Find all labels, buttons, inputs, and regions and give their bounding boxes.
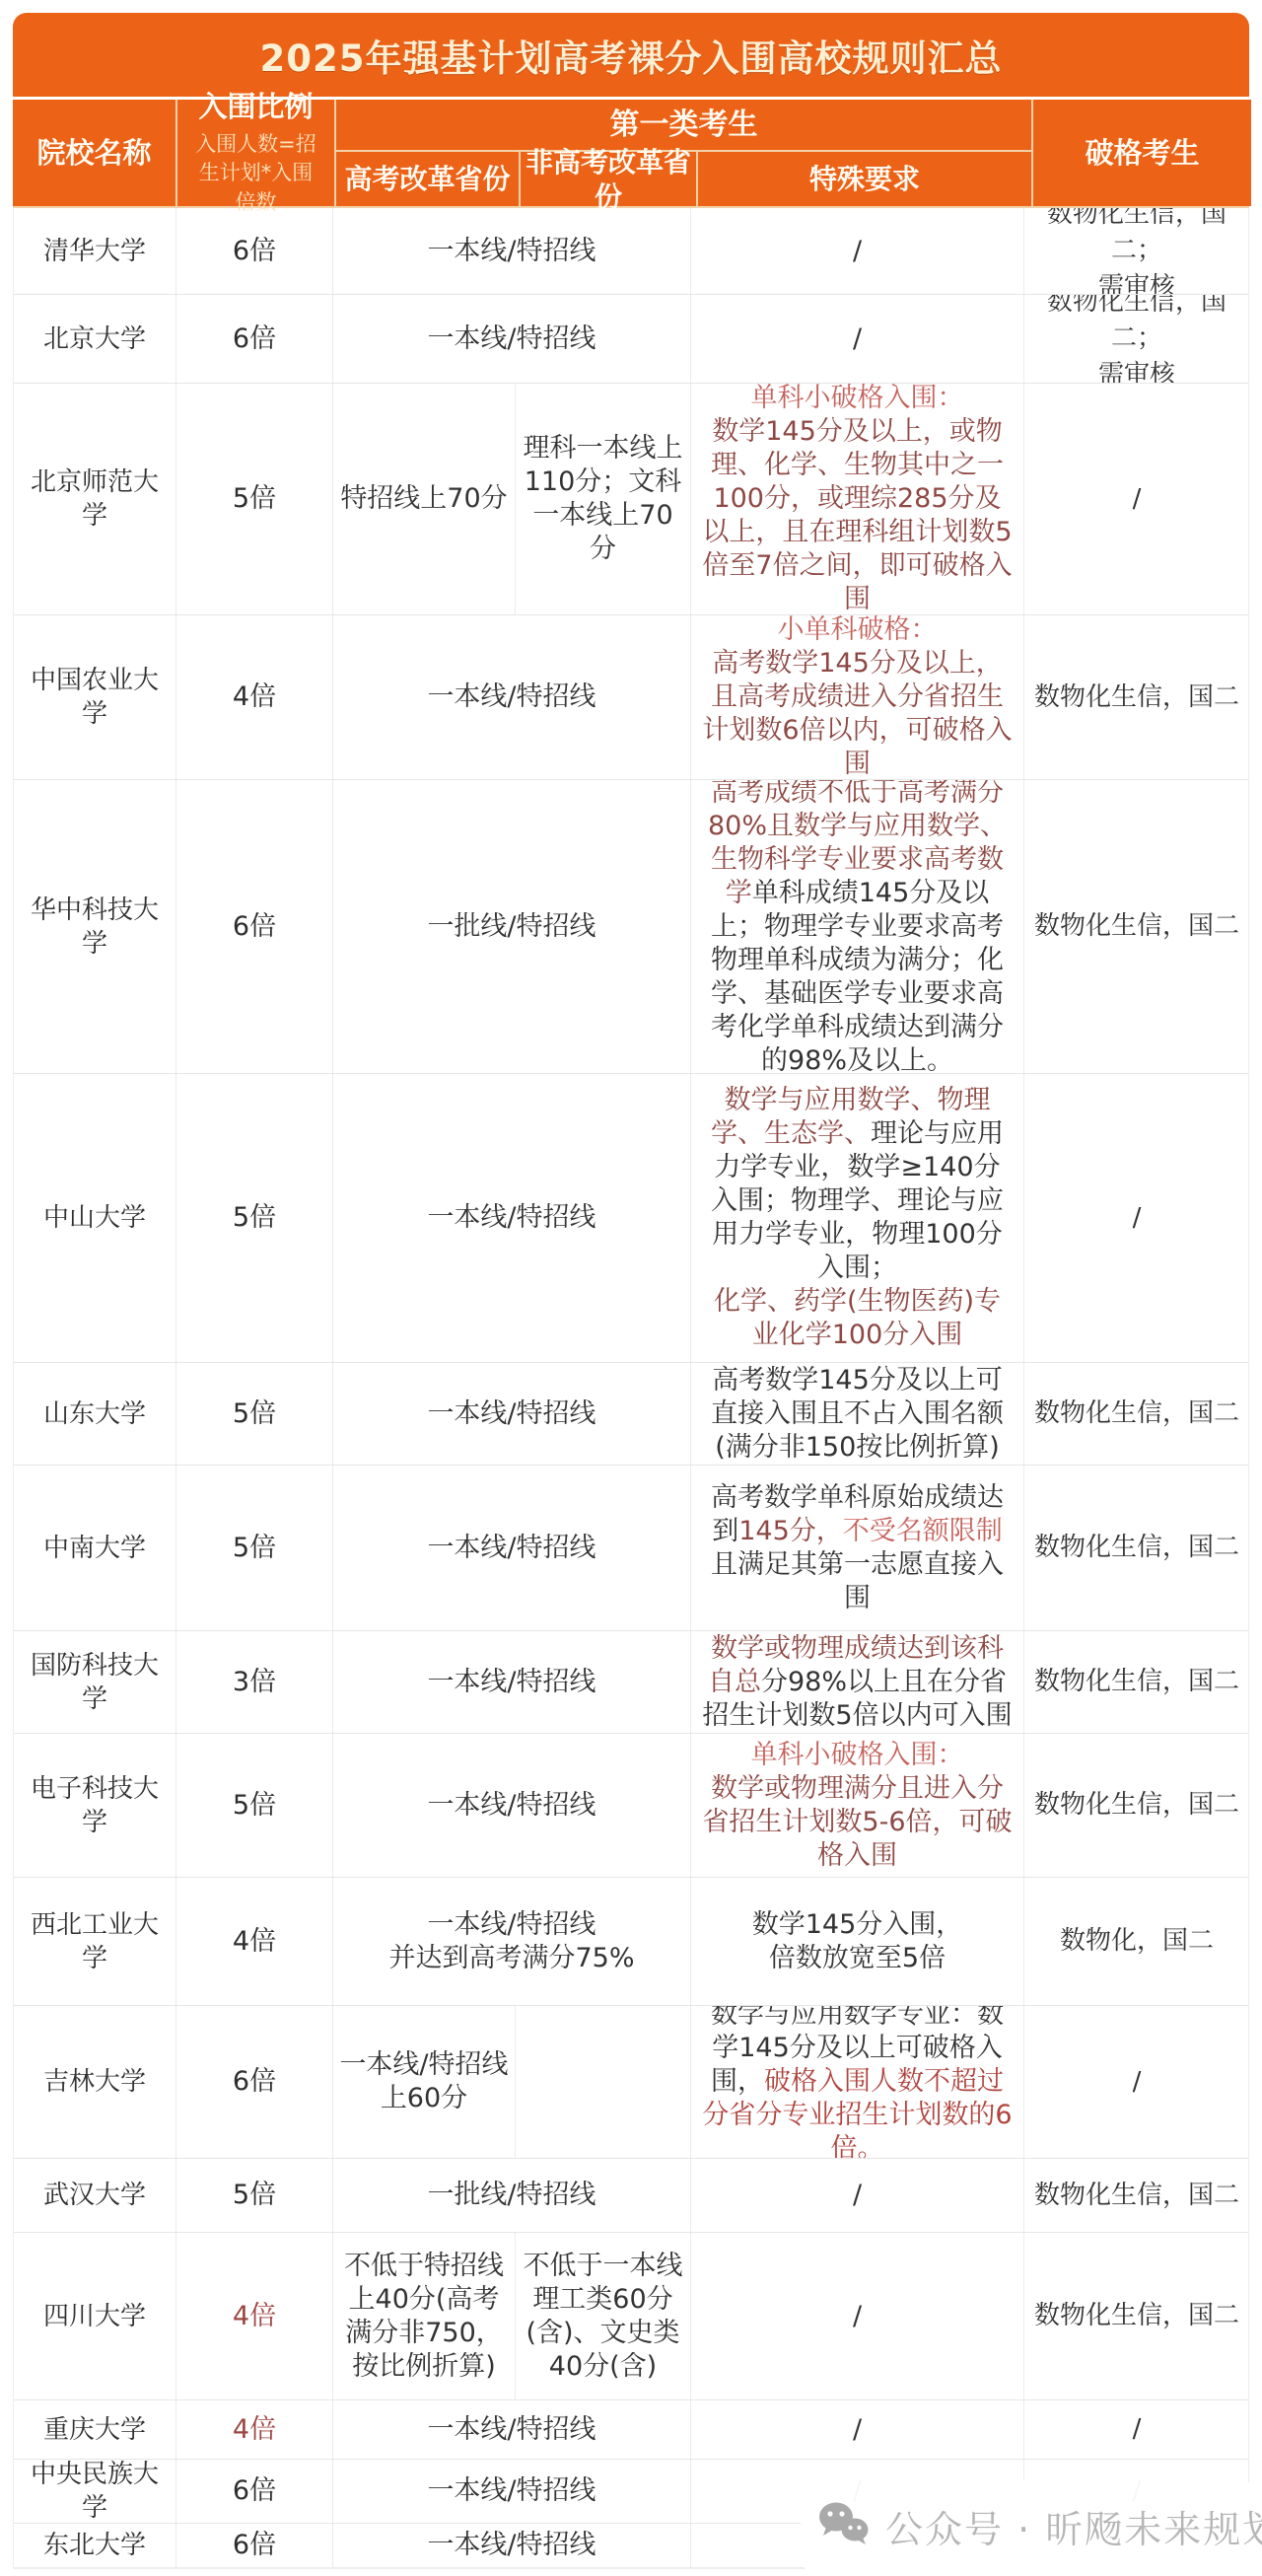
table-row: 西北工业大学4倍一本线/特招线 并达到高考满分75%数学145分入围， 倍数放宽…: [14, 1878, 1248, 2006]
merged-line-cell: 一本线/特招线: [333, 2524, 691, 2567]
exception-cell: 数物化生信，国二: [1024, 1631, 1249, 1733]
special-text-segment: 小单科破格：: [778, 615, 938, 645]
school-cell: 华中科技大学: [14, 780, 176, 1073]
summary-sheet: 2025年强基计划高考裸分入围高校规则汇总 院校名称 入围比例 入围人数=招生计…: [13, 13, 1249, 2569]
exception-cell: /: [1024, 2400, 1249, 2459]
header-exception-candidates: 破格考生: [1033, 100, 1251, 206]
merged-line-cell: 一本线/特招线: [333, 1363, 691, 1465]
table-row: 电子科技大学5倍一本线/特招线单科小破格入围：数学或物理满分且进入分省招生计划数…: [14, 1734, 1248, 1878]
school-cell: 中国农业大学: [14, 615, 176, 779]
special-text-segment: 145分，: [738, 1516, 843, 1546]
ratio-cell: 5倍: [176, 1363, 333, 1465]
special-text-segment: /: [853, 2301, 862, 2331]
special-text-segment: 单科小破格入围：: [751, 1740, 964, 1770]
school-cell: 东北大学: [14, 2524, 176, 2567]
special-cell: /: [691, 2400, 1024, 2459]
merged-line-cell: 一本线/特招线: [333, 1631, 691, 1733]
merged-line-cell: 一本线/特招线: [333, 1466, 691, 1630]
table-row: 北京大学6倍一本线/特招线/数物化生信，国二； 需审核: [14, 295, 1248, 384]
special-text-segment: 单科成绩145分及以上；物理学专业要求高考物理单科成绩为满分；化学、基础医学专业…: [711, 878, 1004, 1074]
exception-cell: 数物化生信，国二: [1024, 2159, 1249, 2232]
exception-cell: /: [1024, 2006, 1249, 2158]
special-cell: 小单科破格：高考数学145分及以上，且高考成绩进入分省招生计划数6倍以内，可破格…: [691, 615, 1024, 779]
watermark: 公众号 · 昕飏未来规划: [801, 2479, 1254, 2572]
exception-cell: 数物化生信，国二: [1024, 780, 1249, 1073]
special-cell: 数学与应用数学、物理学、生态学、理论与应用力学专业，数学≥140分入围；物理学、…: [691, 1074, 1024, 1362]
special-text-segment: 单科小破格入围：: [751, 384, 964, 413]
merged-line-cell: 一本线/特招线: [333, 208, 691, 294]
table-row: 清华大学6倍一本线/特招线/数物化生信，国二； 需审核: [14, 208, 1248, 295]
ratio-cell: 5倍: [176, 384, 333, 614]
special-text-segment: 且满足其第一志愿直接入围: [711, 1549, 1004, 1613]
reform-line-cell: 不低于特招线上40分(高考满分非750，按比例折算): [333, 2233, 516, 2399]
ratio-cell: 4倍: [176, 1878, 333, 2005]
ratio-cell: 4倍: [176, 2400, 333, 2459]
table-row: 华中科技大学6倍一批线/特招线高考成绩不低于高考满分80%且数学与应用数学、生物…: [14, 780, 1248, 1074]
ratio-cell: 6倍: [176, 2460, 333, 2523]
merged-line-cell: 一本线/特招线: [333, 2400, 691, 2459]
non-reform-line-cell: 不低于一本线理工类60分(含)、文史类40分(含): [516, 2233, 691, 2399]
school-cell: 重庆大学: [14, 2400, 176, 2459]
ratio-cell: 4倍: [176, 615, 333, 779]
table-row: 武汉大学5倍一批线/特招线/数物化生信，国二: [14, 2159, 1248, 2233]
wechat-icon: [816, 2500, 872, 2551]
special-text-segment: /: [853, 323, 862, 354]
header-category-one: 第一类考生: [336, 100, 1031, 150]
reform-line-cell: 特招线上70分: [333, 384, 516, 614]
ratio-cell: 6倍: [176, 295, 333, 383]
special-cell: /: [691, 295, 1024, 383]
exception-cell: 数物化生信，国二: [1024, 1363, 1249, 1465]
school-cell: 清华大学: [14, 208, 176, 294]
header-ratio-subtext: 入围人数=招生计划*入围倍数: [181, 130, 330, 217]
header-school: 院校名称: [13, 100, 175, 206]
special-text-segment: 不受名额限制: [843, 1516, 1003, 1546]
special-cell: 单科小破格入围：数学或物理满分且进入分省招生计划数5-6倍，可破格入围: [691, 1734, 1024, 1877]
school-cell: 中南大学: [14, 1466, 176, 1630]
table-row: 重庆大学4倍一本线/特招线//: [14, 2400, 1248, 2460]
header-ratio: 入围比例 入围人数=招生计划*入围倍数: [177, 100, 334, 206]
special-cell: 高考数学145分及以上可直接入围且不占入围名额(满分非150按比例折算): [691, 1363, 1024, 1465]
ratio-cell: 3倍: [176, 1631, 333, 1733]
special-cell: 数学145分入围， 倍数放宽至5倍: [691, 1878, 1024, 2005]
school-cell: 北京大学: [14, 295, 176, 383]
special-text-segment: 数学145分入围， 倍数放宽至5倍: [752, 1909, 963, 1973]
ratio-cell: 4倍: [176, 2233, 333, 2399]
ratio-cell: 5倍: [176, 2159, 333, 2232]
non-reform-line-cell: 理科一本线上110分；文科一本线上70分: [516, 384, 691, 614]
merged-line-cell: 一批线/特招线: [333, 2159, 691, 2232]
school-cell: 山东大学: [14, 1363, 176, 1465]
exception-cell: 数物化生信，国二； 需审核: [1024, 295, 1249, 383]
header-special-requirements: 特殊要求: [698, 152, 1031, 206]
title-bar: 2025年强基计划高考裸分入围高校规则汇总: [13, 13, 1249, 97]
table-row: 中南大学5倍一本线/特招线高考数学单科原始成绩达到145分，不受名额限制且满足其…: [14, 1466, 1248, 1631]
school-cell: 电子科技大学: [14, 1734, 176, 1877]
merged-line-cell: 一本线/特招线: [333, 295, 691, 383]
school-cell: 国防科技大学: [14, 1631, 176, 1733]
exception-cell: 数物化，国二: [1024, 1878, 1249, 2005]
special-text-segment: /: [853, 2180, 862, 2210]
header-non-reform-province: 非高考改革省份: [521, 152, 696, 206]
school-cell: 吉林大学: [14, 2006, 176, 2158]
school-cell: 中央民族大学: [14, 2460, 176, 2523]
merged-line-cell: 一本线/特招线: [333, 1074, 691, 1362]
table-row: 中山大学5倍一本线/特招线数学与应用数学、物理学、生态学、理论与应用力学专业，数…: [14, 1074, 1248, 1363]
page-title: 2025年强基计划高考裸分入围高校规则汇总: [260, 29, 1003, 82]
watermark-text: 公众号 · 昕飏未来规划: [885, 2499, 1262, 2553]
merged-line-cell: 一本线/特招线 并达到高考满分75%: [333, 1878, 691, 2005]
header-ratio-title: 入围比例: [198, 89, 313, 124]
table-header: 院校名称 入围比例 入围人数=招生计划*入围倍数 第一类考生 高考改革省份 非高…: [13, 100, 1249, 208]
table-row: 吉林大学6倍一本线/特招线 上60分数学与应用数学专业：数学145分及以上可破格…: [14, 2006, 1248, 2159]
merged-line-cell: 一本线/特招线: [333, 615, 691, 779]
table-row: 北京师范大学5倍特招线上70分理科一本线上110分；文科一本线上70分单科小破格…: [14, 384, 1248, 615]
school-cell: 北京师范大学: [14, 384, 176, 614]
exception-cell: 数物化生信，国二: [1024, 615, 1249, 779]
special-cell: 数学或物理成绩达到该科自总分98%以上且在分省招生计划数5倍以内可入围: [691, 1631, 1024, 1733]
reform-line-cell: 一本线/特招线 上60分: [333, 2006, 516, 2158]
special-text-segment: 高考数学145分及以上，且高考成绩进入分省招生计划数6倍以内，可破格入围: [702, 648, 1012, 779]
header-reform-province: 高考改革省份: [336, 152, 519, 206]
table-row: 山东大学5倍一本线/特招线高考数学145分及以上可直接入围且不占入围名额(满分非…: [14, 1363, 1248, 1466]
exception-cell: 数物化生信，国二: [1024, 1734, 1249, 1877]
special-cell: /: [691, 2159, 1024, 2232]
merged-line-cell: 一本线/特招线: [333, 1734, 691, 1877]
school-cell: 武汉大学: [14, 2159, 176, 2232]
ratio-cell: 5倍: [176, 1734, 333, 1877]
ratio-cell: 5倍: [176, 1466, 333, 1630]
exception-cell: 数物化生信，国二； 需审核: [1024, 208, 1249, 294]
ratio-cell: 6倍: [176, 2524, 333, 2567]
special-text-segment: /: [853, 2414, 862, 2445]
table-row: 中国农业大学4倍一本线/特招线小单科破格：高考数学145分及以上，且高考成绩进入…: [14, 615, 1248, 780]
exception-cell: /: [1024, 384, 1249, 614]
merged-line-cell: 一本线/特招线: [333, 2460, 691, 2523]
special-cell: /: [691, 208, 1024, 294]
ratio-cell: 6倍: [176, 2006, 333, 2158]
special-cell: 高考数学单科原始成绩达到145分，不受名额限制且满足其第一志愿直接入围: [691, 1466, 1024, 1630]
table-body: 清华大学6倍一本线/特招线/数物化生信，国二； 需审核北京大学6倍一本线/特招线…: [13, 208, 1249, 2569]
table-row: 四川大学4倍不低于特招线上40分(高考满分非750，按比例折算)不低于一本线理工…: [14, 2233, 1248, 2400]
ratio-cell: 6倍: [176, 780, 333, 1073]
special-text-segment: 高考数学145分及以上可直接入围且不占入围名额(满分非150按比例折算): [711, 1365, 1004, 1463]
special-text-segment: 数学或物理满分且进入分省招生计划数5-6倍，可破格入围: [702, 1773, 1012, 1871]
special-text-segment: 数学145分及以上，或物理、化学、生物其中之一100分，或理综285分及以上，且…: [702, 416, 1012, 614]
ratio-cell: 5倍: [176, 1074, 333, 1362]
exception-cell: 数物化生信，国二: [1024, 1466, 1249, 1630]
school-cell: 中山大学: [14, 1074, 176, 1362]
special-text-segment: /: [853, 236, 862, 266]
ratio-cell: 6倍: [176, 208, 333, 294]
table-row: 国防科技大学3倍一本线/特招线数学或物理成绩达到该科自总分98%以上且在分省招生…: [14, 1631, 1248, 1734]
special-text-segment: 化学、药学(生物医药)专业化学100分入围: [714, 1286, 1001, 1350]
merged-line-cell: 一批线/特招线: [333, 780, 691, 1073]
school-cell: 四川大学: [14, 2233, 176, 2399]
special-cell: /: [691, 2233, 1024, 2399]
non-reform-line-cell: [516, 2006, 691, 2158]
special-cell: 高考成绩不低于高考满分80%且数学与应用数学、生物科学专业要求高考数学单科成绩1…: [691, 780, 1024, 1073]
exception-cell: 数物化生信，国二: [1024, 2233, 1249, 2399]
school-cell: 西北工业大学: [14, 1878, 176, 2005]
exception-cell: /: [1024, 1074, 1249, 1362]
special-cell: 数学与应用数学专业：数学145分及以上可破格入围，破格入围人数不超过分省分专业招…: [691, 2006, 1024, 2158]
special-cell: 单科小破格入围：数学145分及以上，或物理、化学、生物其中之一100分，或理综2…: [691, 384, 1024, 614]
